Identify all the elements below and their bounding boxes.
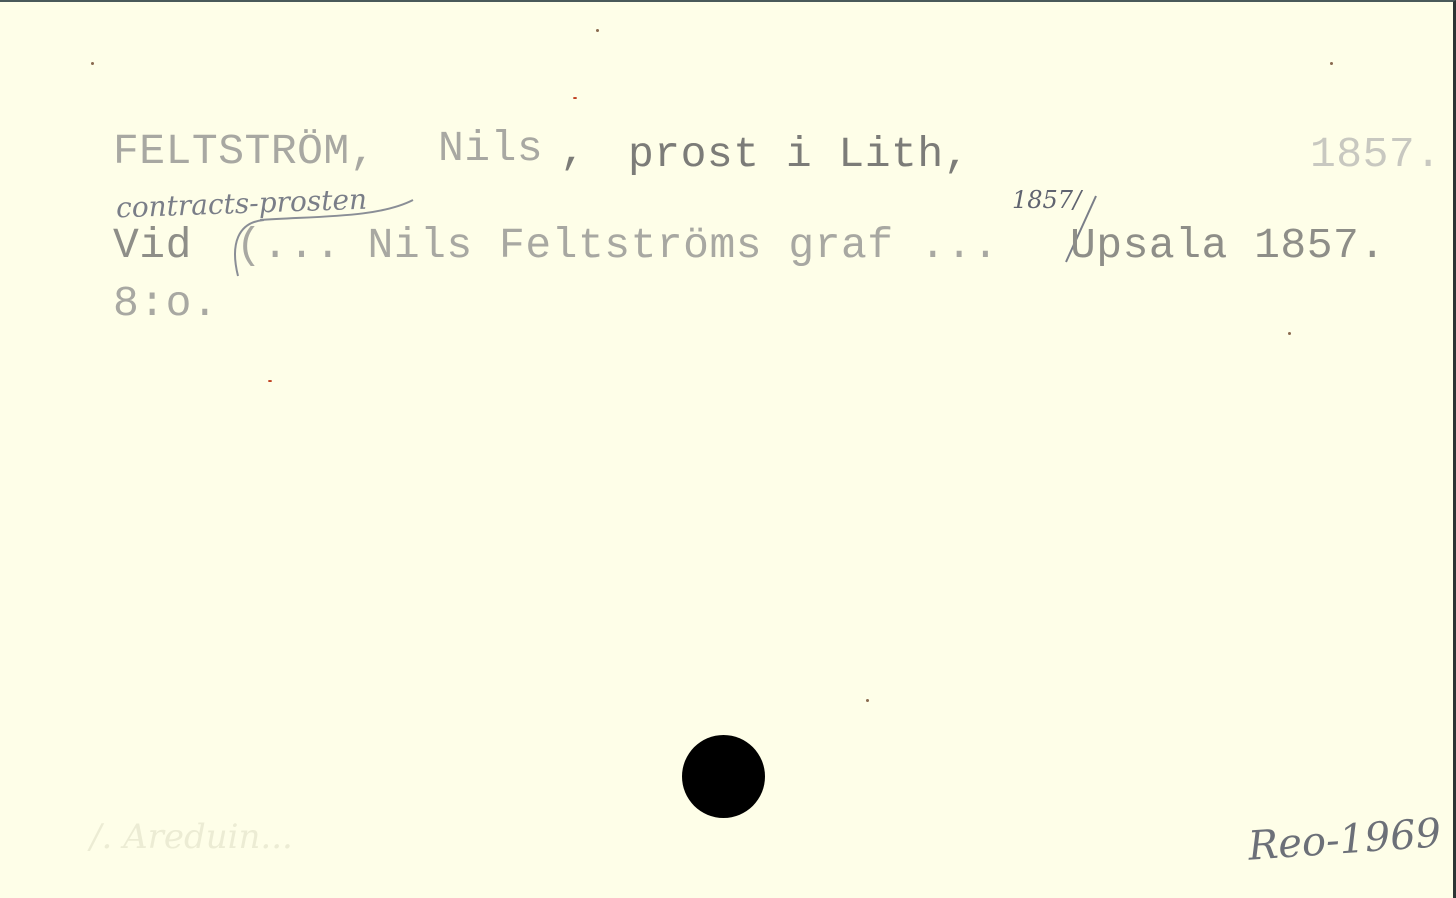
paper-speck [1330, 62, 1333, 65]
author-surname: FELTSTRÖM, [113, 130, 376, 173]
paper-speck [91, 62, 94, 65]
paper-speck [596, 29, 599, 32]
author-given-name: Nils [438, 127, 543, 170]
title-text: (... Nils Feltströms graf ... [236, 224, 999, 267]
paper-speck [1288, 332, 1291, 335]
punch-hole [682, 735, 765, 818]
faded-handwriting: /. Areduin... [90, 820, 293, 854]
paper-speck [268, 380, 272, 382]
paper-speck [573, 97, 577, 99]
catalog-card: FELTSTRÖM, Nils , prost i Lith, 1857. co… [0, 0, 1456, 898]
title-prefix: Vid [113, 224, 192, 267]
format: 8:o. [113, 282, 218, 325]
handwritten-revision-note: Reo-1969 [1247, 813, 1443, 866]
heading-comma: , [560, 130, 586, 173]
imprint: Upsala 1857. [1070, 224, 1386, 267]
author-occupation: prost i Lith, [628, 133, 970, 176]
heading-year: 1857. [1310, 133, 1442, 176]
paper-speck [866, 699, 869, 702]
